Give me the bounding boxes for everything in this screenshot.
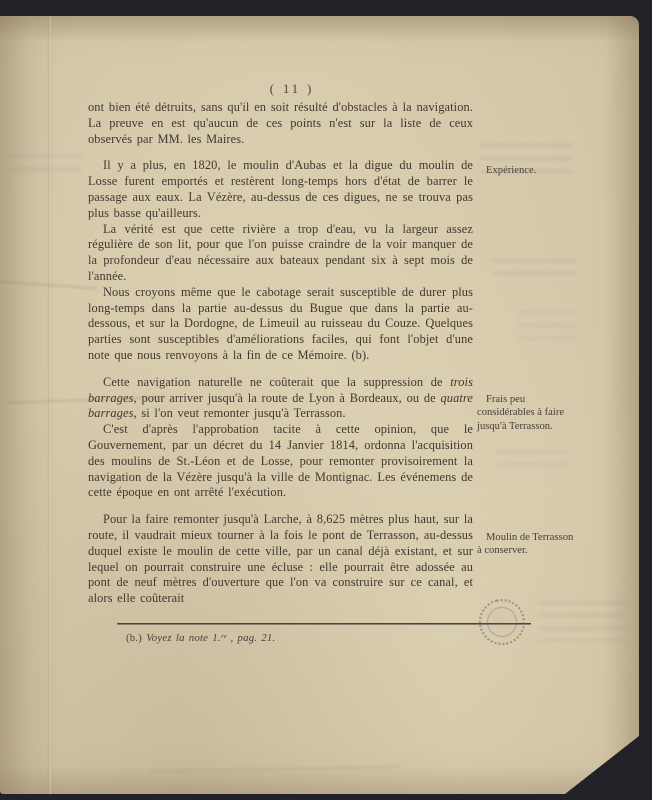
scanned-book-page: ( 11 ) ont bien été détruits, sans qu'il… bbox=[0, 0, 652, 800]
paper-crease bbox=[150, 766, 400, 772]
paragraph-5-text: , si l'on veut remonter jusqu'à Terrasso… bbox=[134, 406, 346, 420]
paper-page: ( 11 ) ont bien été détruits, sans qu'il… bbox=[0, 16, 639, 794]
bleed-through-ghost-text bbox=[496, 449, 568, 471]
footnote-rule bbox=[117, 623, 531, 625]
paragraph-4: Nous croyons même que le cabotage serait… bbox=[88, 285, 473, 364]
gutter-fold-line bbox=[48, 16, 52, 794]
paragraph-7: Pour la faire remonter jusqu'à Larche, à… bbox=[88, 512, 473, 607]
body-text: ont bien été détruits, sans qu'il en soi… bbox=[88, 100, 473, 607]
footnote-marker: (b.) bbox=[126, 632, 142, 644]
bleed-through-ghost-text bbox=[518, 310, 576, 342]
paragraph-3: La vérité est que cette rivière a trop d… bbox=[88, 222, 473, 285]
paragraph-2: Il y a plus, en 1820, le moulin d'Aubas … bbox=[88, 158, 473, 221]
paragraph-6: C'est d'après l'approbation tacite à cet… bbox=[88, 422, 473, 501]
margin-note-moulin: Moulin de Terrasson à conserver. bbox=[477, 531, 580, 558]
scan-corner-shadow bbox=[565, 736, 639, 794]
paragraph-1: ont bien été détruits, sans qu'il en soi… bbox=[88, 100, 473, 147]
margin-note-frais: Frais peu considérables à faire jusqu'à … bbox=[477, 393, 580, 433]
footnote-text: Voyez la note 1.ʳᵉ , pag. 21. bbox=[146, 632, 275, 644]
page-number: ( 11 ) bbox=[100, 82, 484, 97]
paragraph-5-text: , pour arriver jusqu'à la route de Lyon … bbox=[134, 391, 441, 405]
margin-note-experience: Expérience. bbox=[477, 164, 580, 177]
paragraph-5: Cette navigation naturelle ne coûterait … bbox=[88, 375, 473, 422]
bleed-through-ghost-text bbox=[492, 258, 576, 282]
footnote: (b.) Voyez la note 1.ʳᵉ , pag. 21. bbox=[126, 632, 486, 644]
bleed-through-ghost-text bbox=[8, 154, 82, 180]
paragraph-5-text: Cette navigation naturelle ne coûterait … bbox=[103, 375, 450, 389]
bleed-through-ghost-text bbox=[538, 600, 626, 642]
